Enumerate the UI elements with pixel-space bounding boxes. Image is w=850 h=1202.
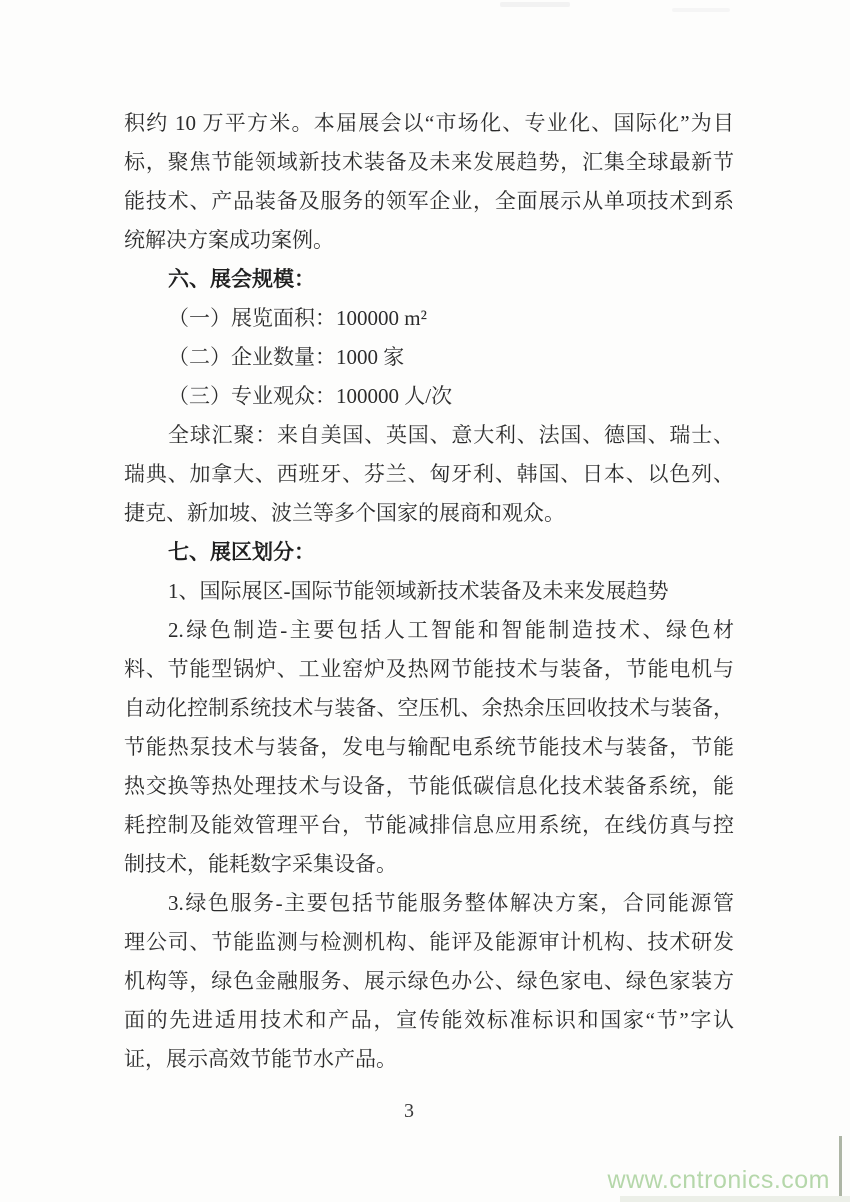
text-line: 积约 10 万平方米。本届展会以“市场化、专业化、国际化”为目 <box>124 104 734 143</box>
text-line: 机构等，绿色金融服务、展示绿色办公、绿色家电、绿色家装方 <box>124 962 734 1001</box>
scan-smudge-artifact <box>500 2 570 7</box>
text-line: （一）展览面积：100000 m² <box>124 299 734 338</box>
text-line: 全球汇聚：来自美国、英国、意大利、法国、德国、瑞士、 <box>124 416 734 455</box>
text-line: 料、节能型锅炉、工业窑炉及热网节能技术与装备，节能电机与 <box>124 650 734 689</box>
scan-smudge-artifact <box>672 8 730 12</box>
text-line: 自动化控制系统技术与装备、空压机、余热余压回收技术与装备， <box>124 689 734 728</box>
scan-edge-line-artifact <box>839 1136 842 1202</box>
text-line: （三）专业观众：100000 人/次 <box>124 377 734 416</box>
text-line: 2.绿色制造-主要包括人工智能和智能制造技术、绿色材 <box>124 611 734 650</box>
text-line: 制技术，能耗数字采集设备。 <box>124 845 734 884</box>
text-line: （二）企业数量：1000 家 <box>124 338 734 377</box>
text-line: 能技术、产品装备及服务的领军企业，全面展示从单项技术到系 <box>124 182 734 221</box>
watermark-text: www.cntronics.com <box>608 1166 830 1195</box>
document-body: 积约 10 万平方米。本届展会以“市场化、专业化、国际化”为目标，聚焦节能领域新… <box>124 104 734 1079</box>
text-line: 证，展示高效节能节水产品。 <box>124 1040 734 1079</box>
text-line: 瑞典、加拿大、西班牙、芬兰、匈牙利、韩国、日本、以色列、 <box>124 455 734 494</box>
text-line: 节能热泵技术与装备，发电与输配电系统节能技术与装备，节能 <box>124 728 734 767</box>
text-line: 标，聚焦节能领域新技术装备及未来发展趋势，汇集全球最新节 <box>124 143 734 182</box>
text-line: 理公司、节能监测与检测机构、能评及能源审计机构、技术研发 <box>124 923 734 962</box>
scan-bottom-band-artifact <box>620 1196 850 1202</box>
text-line: 六、展会规模： <box>124 260 734 299</box>
text-line: 热交换等热处理技术与设备，节能低碳信息化技术装备系统，能 <box>124 767 734 806</box>
text-line: 面的先进适用技术和产品，宣传能效标准标识和国家“节”字认 <box>124 1001 734 1040</box>
text-line: 1、国际展区-国际节能领域新技术装备及未来发展趋势 <box>124 572 734 611</box>
text-line: 统解决方案成功案例。 <box>124 221 734 260</box>
document-page: 积约 10 万平方米。本届展会以“市场化、专业化、国际化”为目标，聚焦节能领域新… <box>0 0 850 1202</box>
text-line: 捷克、新加坡、波兰等多个国家的展商和观众。 <box>124 494 734 533</box>
text-line: 耗控制及能效管理平台，节能减排信息应用系统，在线仿真与控 <box>124 806 734 845</box>
text-line: 3.绿色服务-主要包括节能服务整体解决方案，合同能源管 <box>124 884 734 923</box>
text-line: 七、展区划分： <box>124 533 734 572</box>
page-number: 3 <box>404 1098 414 1124</box>
